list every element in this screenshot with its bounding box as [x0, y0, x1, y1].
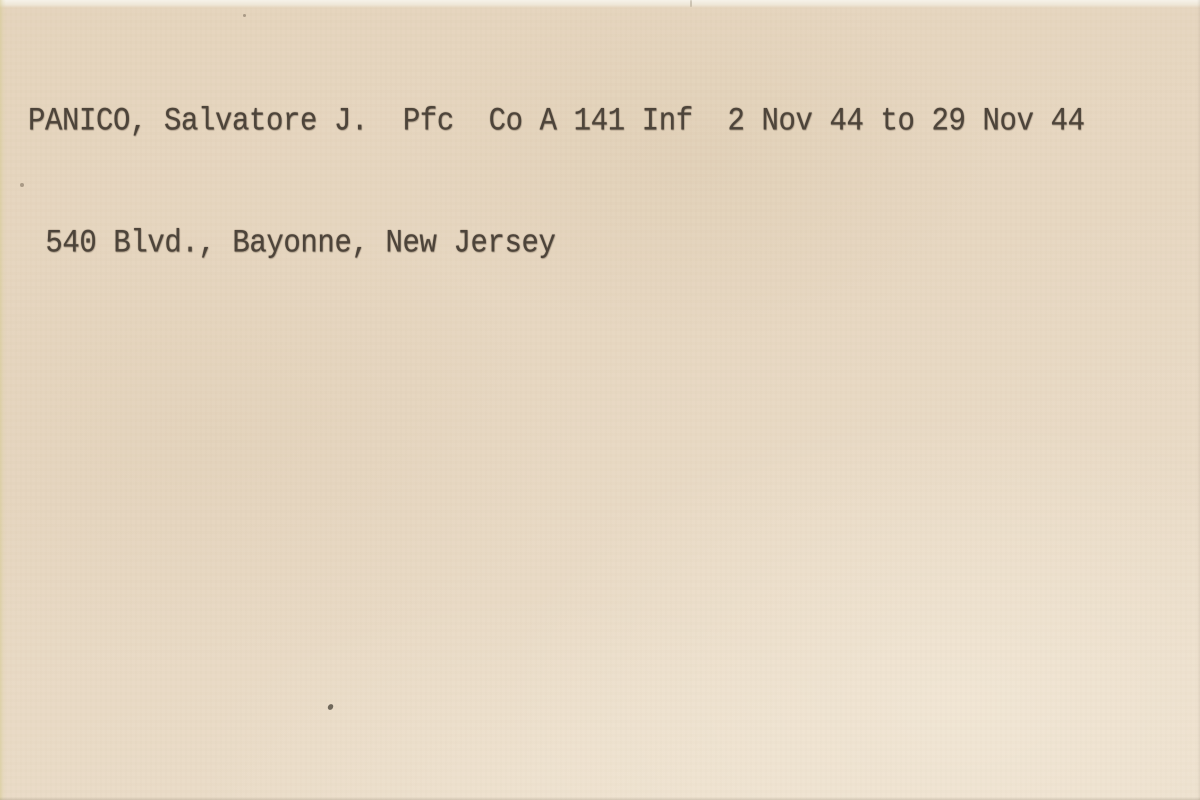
card-line-2: 540 Blvd., Bayonne, New Jersey: [28, 223, 1085, 264]
scan-edge-left: [0, 0, 6, 800]
paper-speck: [690, 0, 692, 7]
paper-speck: [20, 183, 24, 187]
index-card-paper: PANICO, Salvatore J.PfcCo A 141 Inf2 Nov…: [0, 0, 1200, 800]
card-line-1: PANICO, Salvatore J.PfcCo A 141 Inf2 Nov…: [28, 101, 1085, 142]
soldier-rank: Pfc: [403, 102, 454, 139]
typed-text-block: PANICO, Salvatore J.PfcCo A 141 Inf2 Nov…: [28, 20, 1085, 345]
paper-speck: [243, 14, 246, 17]
service-dates: 2 Nov 44 to 29 Nov 44: [728, 102, 1085, 139]
soldier-address: 540 Blvd., Bayonne, New Jersey: [45, 225, 555, 262]
scan-edge-top: [0, 0, 1200, 8]
soldier-unit: Co A 141 Inf: [489, 102, 693, 139]
soldier-name: PANICO, Salvatore J.: [28, 102, 368, 139]
